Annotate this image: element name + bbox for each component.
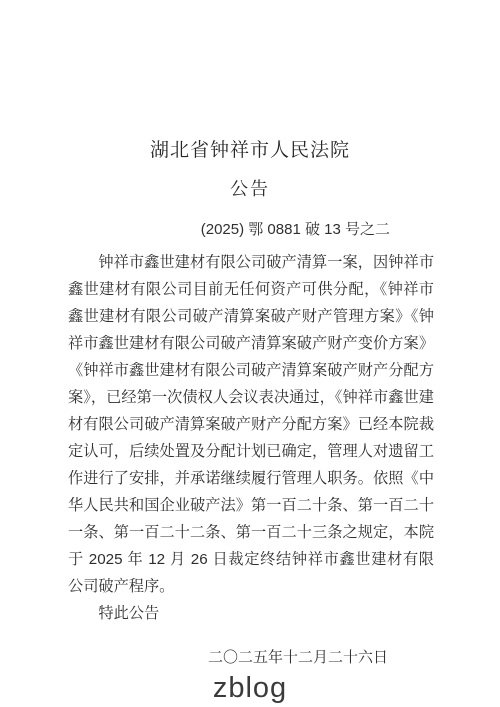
announcement-paragraph: 钟祥市鑫世建材有限公司破产清算一案，因钟祥市鑫世建材有限公司目前无任何资产可供分…	[68, 249, 434, 600]
announcement-page: 湖北省钟祥市人民法院 公告 (2025) 鄂 0881 破 13 号之二 钟祥市…	[0, 0, 500, 707]
document-type-heading: 公告	[0, 175, 500, 201]
document-date: 二〇二五年十二月二十六日	[68, 644, 434, 671]
document-body: 钟祥市鑫世建材有限公司破产清算一案，因钟祥市鑫世建材有限公司目前无任何资产可供分…	[68, 249, 434, 671]
closing-phrase: 特此公告	[68, 600, 434, 627]
court-name-title: 湖北省钟祥市人民法院	[0, 135, 500, 162]
zblog-watermark: zblog	[0, 672, 500, 705]
case-number: (2025) 鄂 0881 破 13 号之二	[0, 218, 390, 239]
